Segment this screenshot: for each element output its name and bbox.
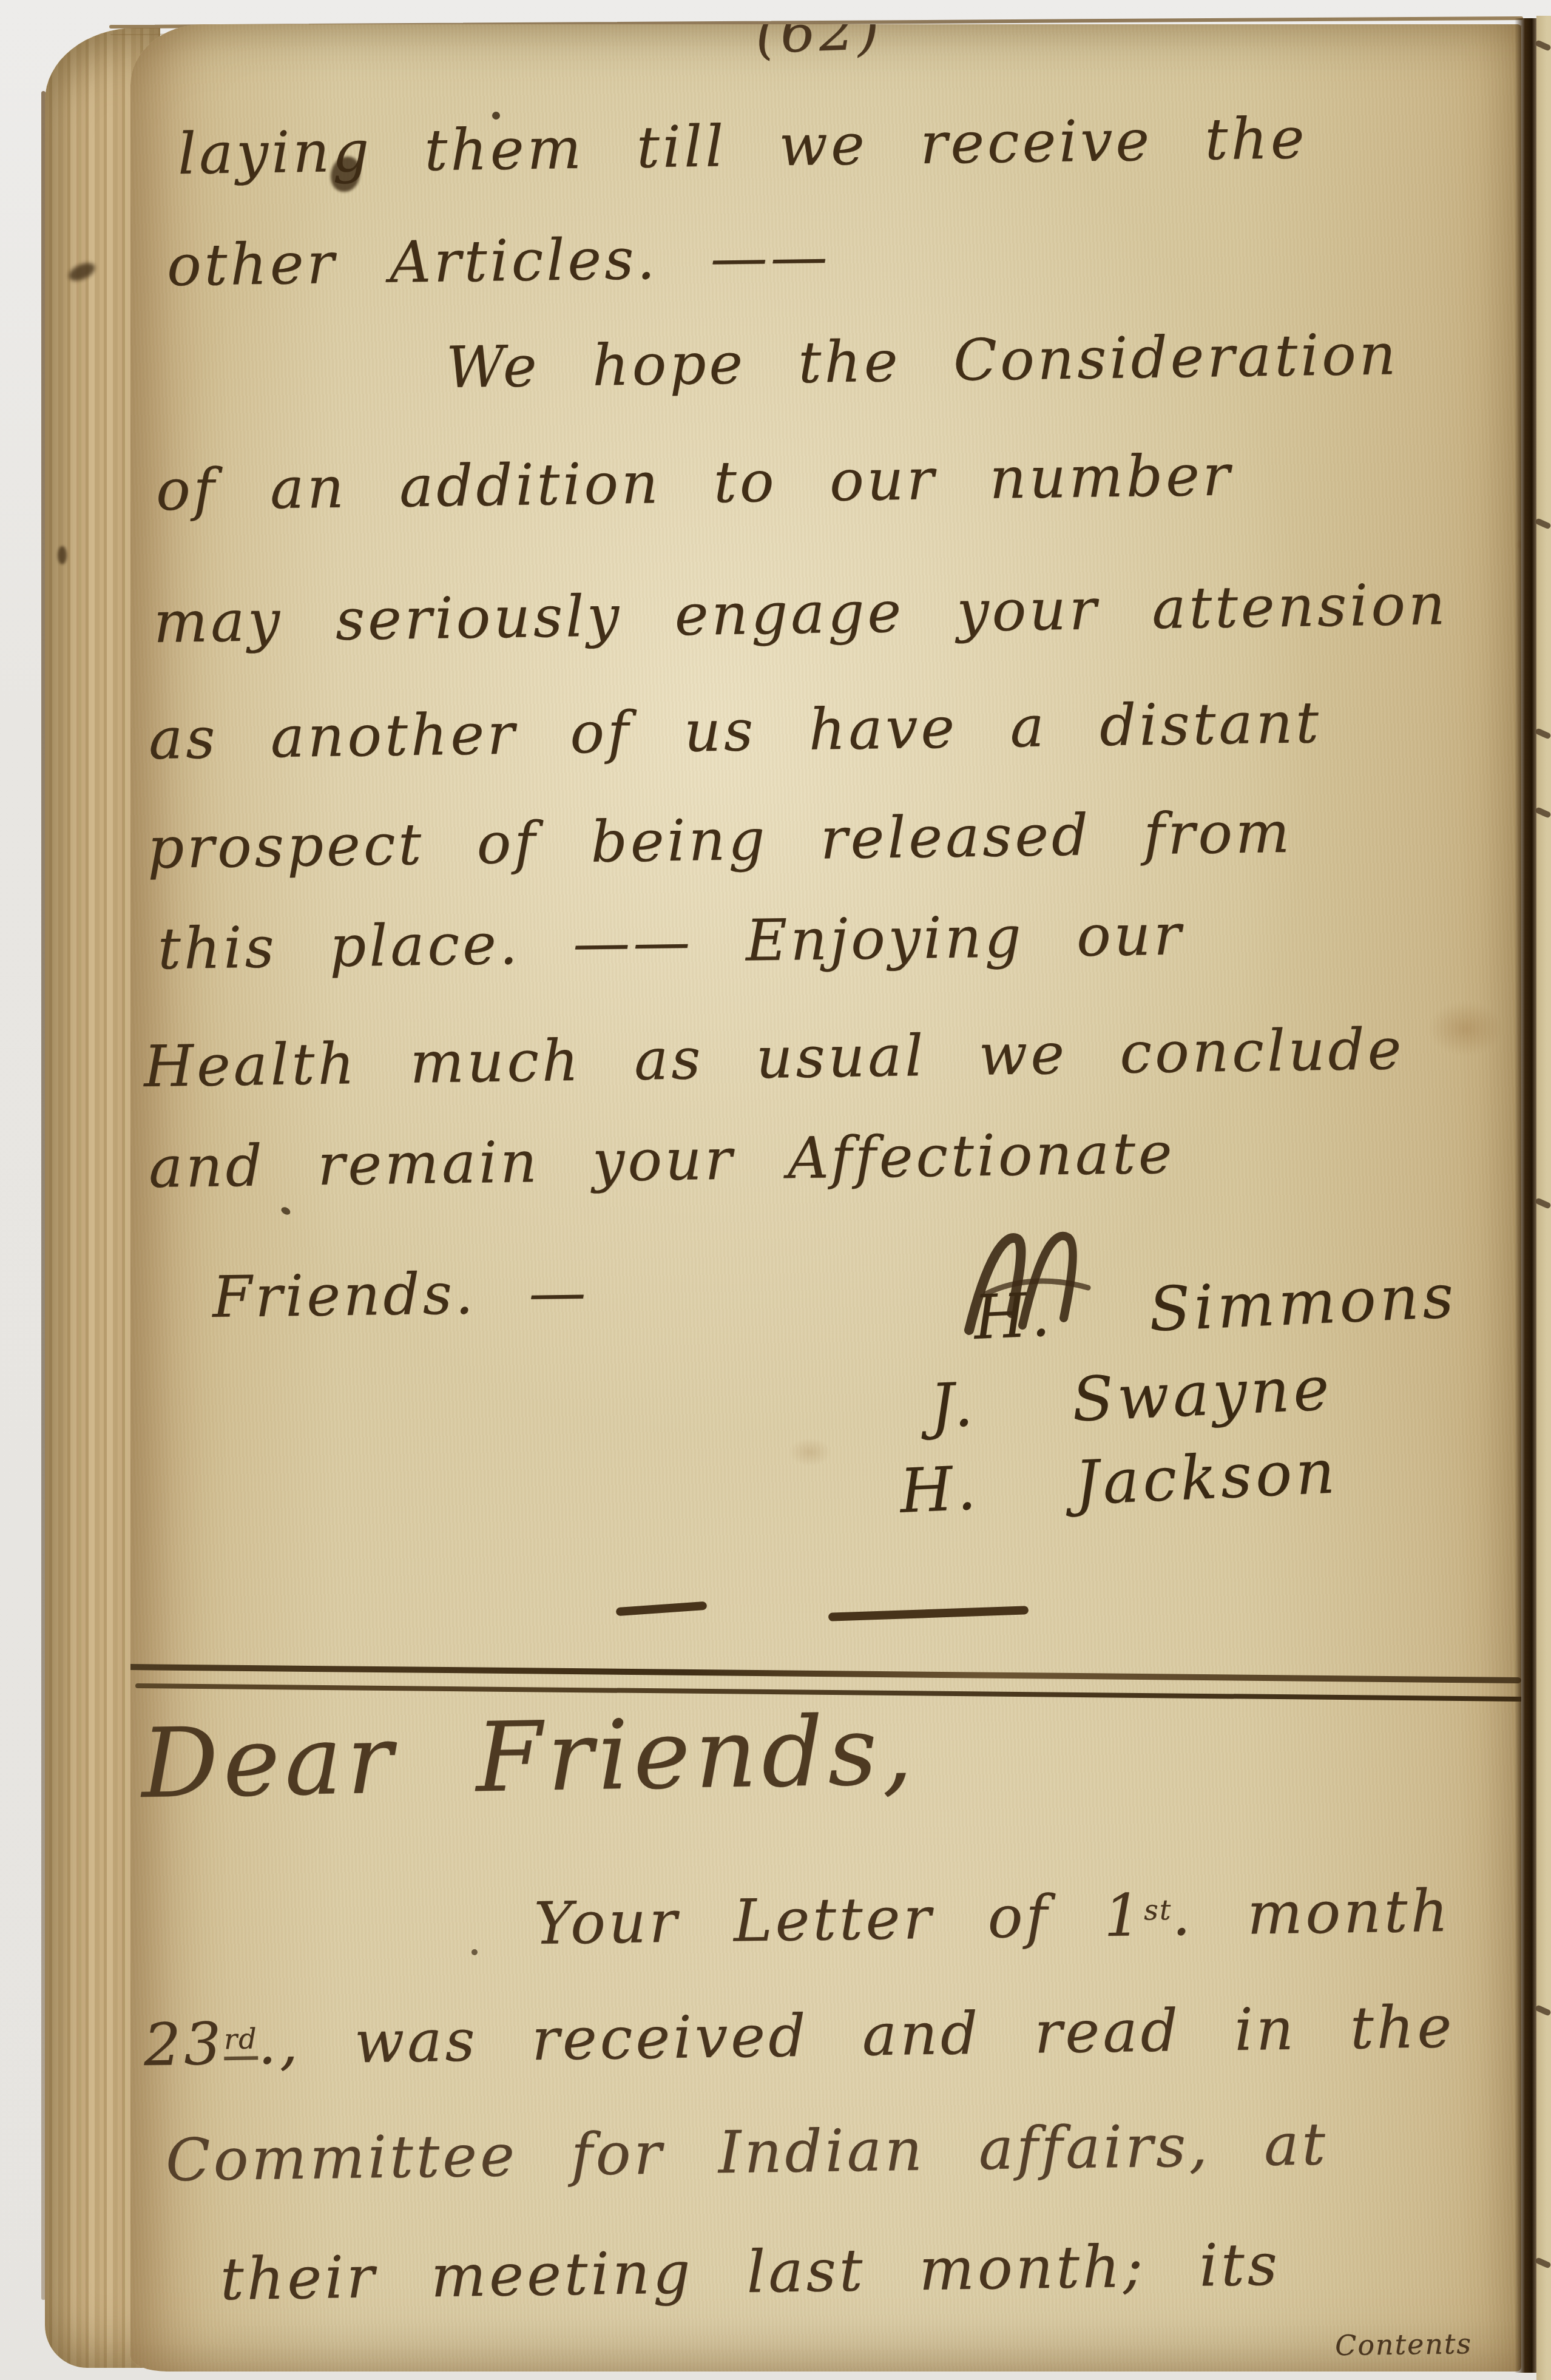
ink-mark [1535,1197,1551,1209]
manuscript-page: (62) laying them till we receive the oth… [130,24,1521,2372]
line-text: . month [1172,1877,1451,1949]
line-text: ., was received and read in the [257,1993,1455,2078]
manuscript-line: Your Letter of 1st. month [533,1882,1451,1953]
manuscript-line: as another of us have a distant [148,695,1322,768]
paper-stain [1429,1002,1502,1055]
ink-blot [331,157,360,192]
line-text: 23 [143,2010,225,2079]
book-gutter-shadow [1515,18,1538,2373]
ink-speck [471,1949,478,1955]
section-divider-rule [130,1664,1521,1683]
ink-mark [1535,518,1551,530]
ink-mark [1535,2257,1551,2269]
manuscript-line: Friends. — [212,1264,589,1327]
ink-smudge [58,546,67,564]
manuscript-line: their meeting last month; its [220,2236,1280,2308]
salutation: Dear Friends, [141,1703,918,1812]
manuscript-line: Health much as usual we conclude [143,1021,1405,1096]
manuscript-line: of an addition to our number [155,447,1233,519]
manuscript-line: Committee for Indian affairs, at [165,2115,1328,2189]
ink-mark [1535,806,1551,819]
page-number: (62) [754,24,883,62]
scanned-manuscript-page: (62) laying them till we receive the oth… [0,0,1551,2380]
ink-mark [1535,728,1551,740]
ordinal-superscript: rd [224,2022,258,2060]
ink-speck [280,1206,291,1217]
ink-mark [1535,39,1551,52]
ordinal-superscript: st [1144,1893,1172,1927]
manuscript-line: this place. —— Enjoying our [157,907,1184,978]
manuscript-line: prospect of being released from [147,805,1292,877]
facing-page-sliver [1536,16,1551,2380]
ink-speck [492,112,500,120]
manuscript-line: other Articles. —— [166,229,831,295]
ink-dash-mark [616,1601,708,1616]
ink-mark [1535,2004,1551,2017]
ink-dash-mark [828,1606,1029,1621]
manuscript-line: 23rd., was received and read in the [143,1998,1455,2074]
manuscript-line: and remain your Affectionate [148,1125,1175,1197]
signature: H. Jackson [899,1441,1340,1522]
manuscript-line: may seriously engage your attension [153,576,1448,652]
signature: J. Swayne [929,1358,1334,1437]
line-text: Your Letter of 1 [533,1881,1144,1958]
catchword: Contents [1335,2330,1473,2359]
paper-stain [789,1438,831,1466]
manuscript-line: We hope the Consideration [445,326,1399,397]
